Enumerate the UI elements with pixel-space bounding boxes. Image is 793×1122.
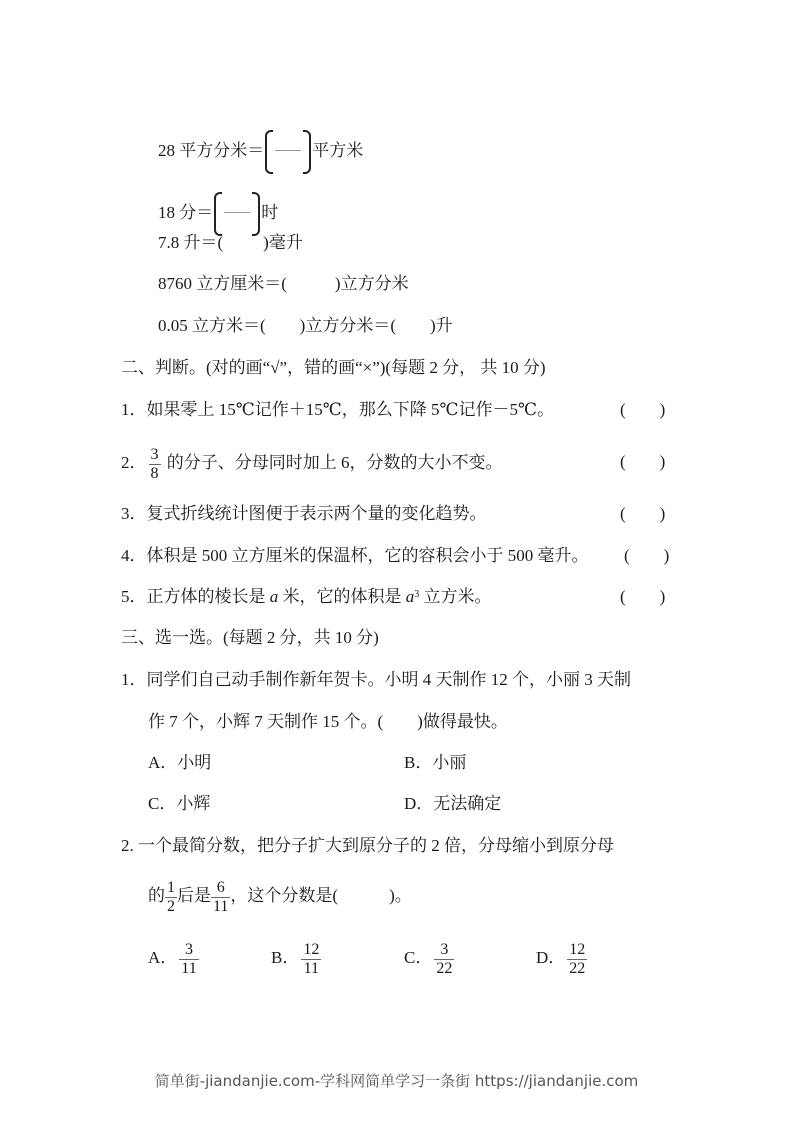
- exponent: 3: [414, 589, 419, 600]
- conversion-3-left: 7.8 升＝(: [158, 233, 223, 252]
- item-number: 4．: [121, 546, 147, 565]
- conversion-1: 28 平方分米＝平方米: [158, 130, 363, 174]
- choice-q2-line1: 2. 一个最简分数，把分子扩大到原分子的 2 倍，分母缩小到原分母: [121, 836, 614, 856]
- option-fraction: 1222: [567, 941, 587, 978]
- option-text: 无法确定: [433, 794, 501, 813]
- choice-q1-option-b[interactable]: B．小丽: [404, 753, 466, 773]
- option-label: C．: [404, 948, 432, 967]
- item-number: 1．: [121, 670, 147, 689]
- item-number: 2．: [121, 453, 147, 472]
- item-number: 2.: [121, 836, 134, 855]
- choice-q2-option-b[interactable]: B．1211: [271, 938, 323, 978]
- judge-item-5: 5．正方体的棱长是 a 米，它的体积是 a3 立方米。: [121, 587, 492, 607]
- option-text: 小丽: [432, 753, 466, 772]
- judge-item-5-answer[interactable]: ( ): [620, 587, 665, 607]
- judge-item-4: 4．体积是 500 立方厘米的保温杯，它的容积会小于 500 毫升。: [121, 546, 589, 566]
- conversion-2-left: 18 分＝: [158, 203, 213, 222]
- conversion-3: 7.8 升＝()毫升: [158, 233, 303, 253]
- question-text: 一个最简分数，把分子扩大到原分子的 2 倍，分母缩小到原分母: [138, 836, 614, 855]
- question-text: 的: [148, 886, 165, 905]
- conversion-4-right: )立方分米: [335, 274, 409, 293]
- item-number: 3．: [121, 504, 147, 523]
- item-text: 复式折线统计图便于表示两个量的变化趋势。: [147, 504, 487, 523]
- question-text: ，这个分数是( )。: [230, 886, 411, 905]
- conversion-4: 8760 立方厘米＝()立方分米: [158, 274, 409, 294]
- conversion-2-right: 时: [261, 203, 278, 222]
- judge-item-2: 2．38 的分子、分母同时加上 6，分数的大小不变。: [121, 443, 503, 483]
- option-label: D．: [536, 948, 565, 967]
- conversion-5: 0.05 立方米＝()立方分米＝()升: [158, 316, 453, 336]
- choice-q2-option-c[interactable]: C．322: [404, 938, 456, 978]
- item-text: 米，它的体积是: [278, 587, 406, 606]
- fraction: 38: [149, 446, 161, 483]
- variable: a: [406, 587, 415, 606]
- option-label: C．: [148, 794, 176, 813]
- conversion-1-right: 平方米: [312, 141, 363, 160]
- option-fraction: 311: [179, 941, 198, 978]
- conversion-4-left: 8760 立方厘米＝(: [158, 274, 287, 293]
- choice-q1-option-d[interactable]: D．无法确定: [404, 794, 501, 814]
- judge-item-1-answer[interactable]: ( ): [620, 400, 665, 420]
- choice-q1-line2: 作 7 个，小辉 7 天制作 15 个。( )做得最快。: [148, 712, 508, 732]
- judge-item-3-answer[interactable]: ( ): [620, 504, 665, 524]
- option-label: A．: [148, 753, 177, 772]
- judge-item-2-answer[interactable]: ( ): [620, 452, 665, 472]
- option-label: D．: [404, 794, 433, 813]
- fraction-half: 12: [165, 879, 177, 916]
- choice-q1-option-a[interactable]: A．小明: [148, 753, 211, 773]
- section-2-heading: 二、判断。(对的画“√”，错的画“×”)(每题 2 分， 共 10 分): [121, 358, 546, 378]
- conversion-3-right: )毫升: [263, 233, 303, 252]
- fraction-answer-blank[interactable]: [265, 130, 311, 174]
- judge-item-3: 3．复式折线统计图便于表示两个量的变化趋势。: [121, 504, 487, 524]
- choice-q2-option-d[interactable]: D．1222: [536, 938, 589, 978]
- option-fraction: 1211: [301, 941, 321, 978]
- choice-q2-line2: 的12后是611，这个分数是( )。: [148, 876, 412, 916]
- question-text: 同学们自己动手制作新年贺卡。小明 4 天制作 12 个，小丽 3 天制: [147, 670, 632, 689]
- conversion-5-mid: )立方分米＝(: [300, 316, 396, 335]
- item-number: 1．: [121, 400, 147, 419]
- conversion-5-right: )升: [430, 316, 453, 335]
- fraction-answer-blank[interactable]: [214, 192, 260, 236]
- choice-q1-line1: 1．同学们自己动手制作新年贺卡。小明 4 天制作 12 个，小丽 3 天制: [121, 670, 631, 690]
- judge-item-4-answer[interactable]: ( ): [624, 546, 669, 566]
- question-text: 后是: [177, 886, 211, 905]
- fraction-result: 611: [211, 879, 230, 916]
- choice-q1-option-c[interactable]: C．小辉: [148, 794, 210, 814]
- choice-q2-option-a[interactable]: A．311: [148, 938, 201, 978]
- conversion-1-left: 28 平方分米＝: [158, 141, 264, 160]
- variable: a: [270, 587, 279, 606]
- conversion-5-left: 0.05 立方米＝(: [158, 316, 266, 335]
- item-text: 如果零上 15℃记作＋15℃，那么下降 5℃记作－5℃。: [147, 400, 555, 419]
- option-label: B．: [404, 753, 432, 772]
- option-fraction: 322: [434, 941, 454, 978]
- option-label: B．: [271, 948, 299, 967]
- item-number: 5．: [121, 587, 147, 606]
- item-text: 正方体的棱长是: [147, 587, 270, 606]
- item-text: 立方米。: [419, 587, 491, 606]
- item-text: 的分子、分母同时加上 6，分数的大小不变。: [163, 453, 503, 472]
- footer-watermark: 简单街-jiandanjie.com-学科网简单学习一条街 https://ji…: [0, 1070, 793, 1091]
- item-text: 体积是 500 立方厘米的保温杯，它的容积会小于 500 毫升。: [147, 546, 589, 565]
- section-3-heading: 三、选一选。(每题 2 分，共 10 分): [121, 628, 379, 648]
- option-text: 小明: [177, 753, 211, 772]
- conversion-2: 18 分＝时: [158, 192, 278, 236]
- option-label: A．: [148, 948, 177, 967]
- judge-item-1: 1．如果零上 15℃记作＋15℃，那么下降 5℃记作－5℃。: [121, 400, 554, 420]
- option-text: 小辉: [176, 794, 210, 813]
